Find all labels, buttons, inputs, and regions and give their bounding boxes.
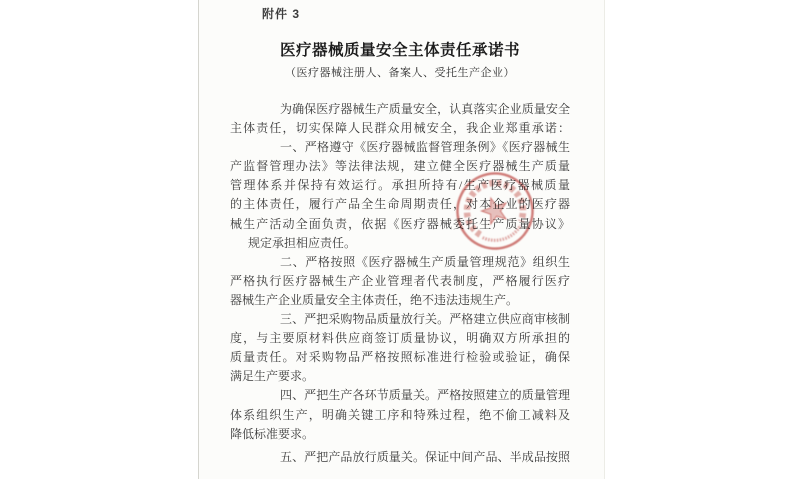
screenshot-canvas: 附件 3 医疗器械质量安全主体责任承诺书 （医疗器械注册人、备案人、受托生产企业… <box>0 0 800 479</box>
seal-star-icon <box>479 194 511 225</box>
body-line: 四、严把生产各环节质量关。严格按照建立的质量管理 <box>230 386 570 405</box>
body-line: 主体责任，切实保障人民群众用械安全，我企业郑重承诺： <box>230 119 570 138</box>
body-line: 满足生产要求。 <box>230 367 570 386</box>
body-line: 度，与主要原材料供应商签订质量协议，明确双方所承担的 <box>230 329 570 348</box>
document-subtitle: （医疗器械注册人、备案人、受托生产企业） <box>229 64 571 80</box>
body-line: 降低标准要求。 <box>230 425 570 444</box>
document-body: 为确保医疗器械生产质量安全，认真落实企业质量安全主体责任，切实保障人民群众用械安… <box>230 100 570 467</box>
body-line: 体系组织生产，明确关键工序和特殊过程，绝不偷工减料及 <box>230 406 570 425</box>
document-title: 医疗器械质量安全主体责任承诺书 <box>229 38 571 60</box>
body-line: 五、严把产品放行质量关。保证中间产品、半成品按照 <box>230 448 570 467</box>
body-line: 二、严格按照《医疗器械生产质量管理规范》组织生产， <box>230 253 570 272</box>
body-line: 严格执行医疗器械生产企业管理者代表制度，严格履行医疗 <box>230 272 570 291</box>
body-line: 质量责任。对采购物品严格按照标准进行检验或验证，确保 <box>230 348 570 367</box>
attachment-label: 附件 3 <box>262 5 300 22</box>
body-line: 为确保医疗器械生产质量安全，认真落实企业质量安全 <box>230 100 570 119</box>
body-line: 一、严格遵守《医疗器械监督管理条例》《医疗器械生 <box>230 138 570 157</box>
scanned-document-page: 附件 3 医疗器械质量安全主体责任承诺书 （医疗器械注册人、备案人、受托生产企业… <box>198 0 605 479</box>
body-line: 三、严把采购物品质量放行关。严格建立供应商审核制 <box>230 310 570 329</box>
body-line: 器械生产企业质量安全主体责任，绝不违法违规生产。 <box>230 291 570 310</box>
